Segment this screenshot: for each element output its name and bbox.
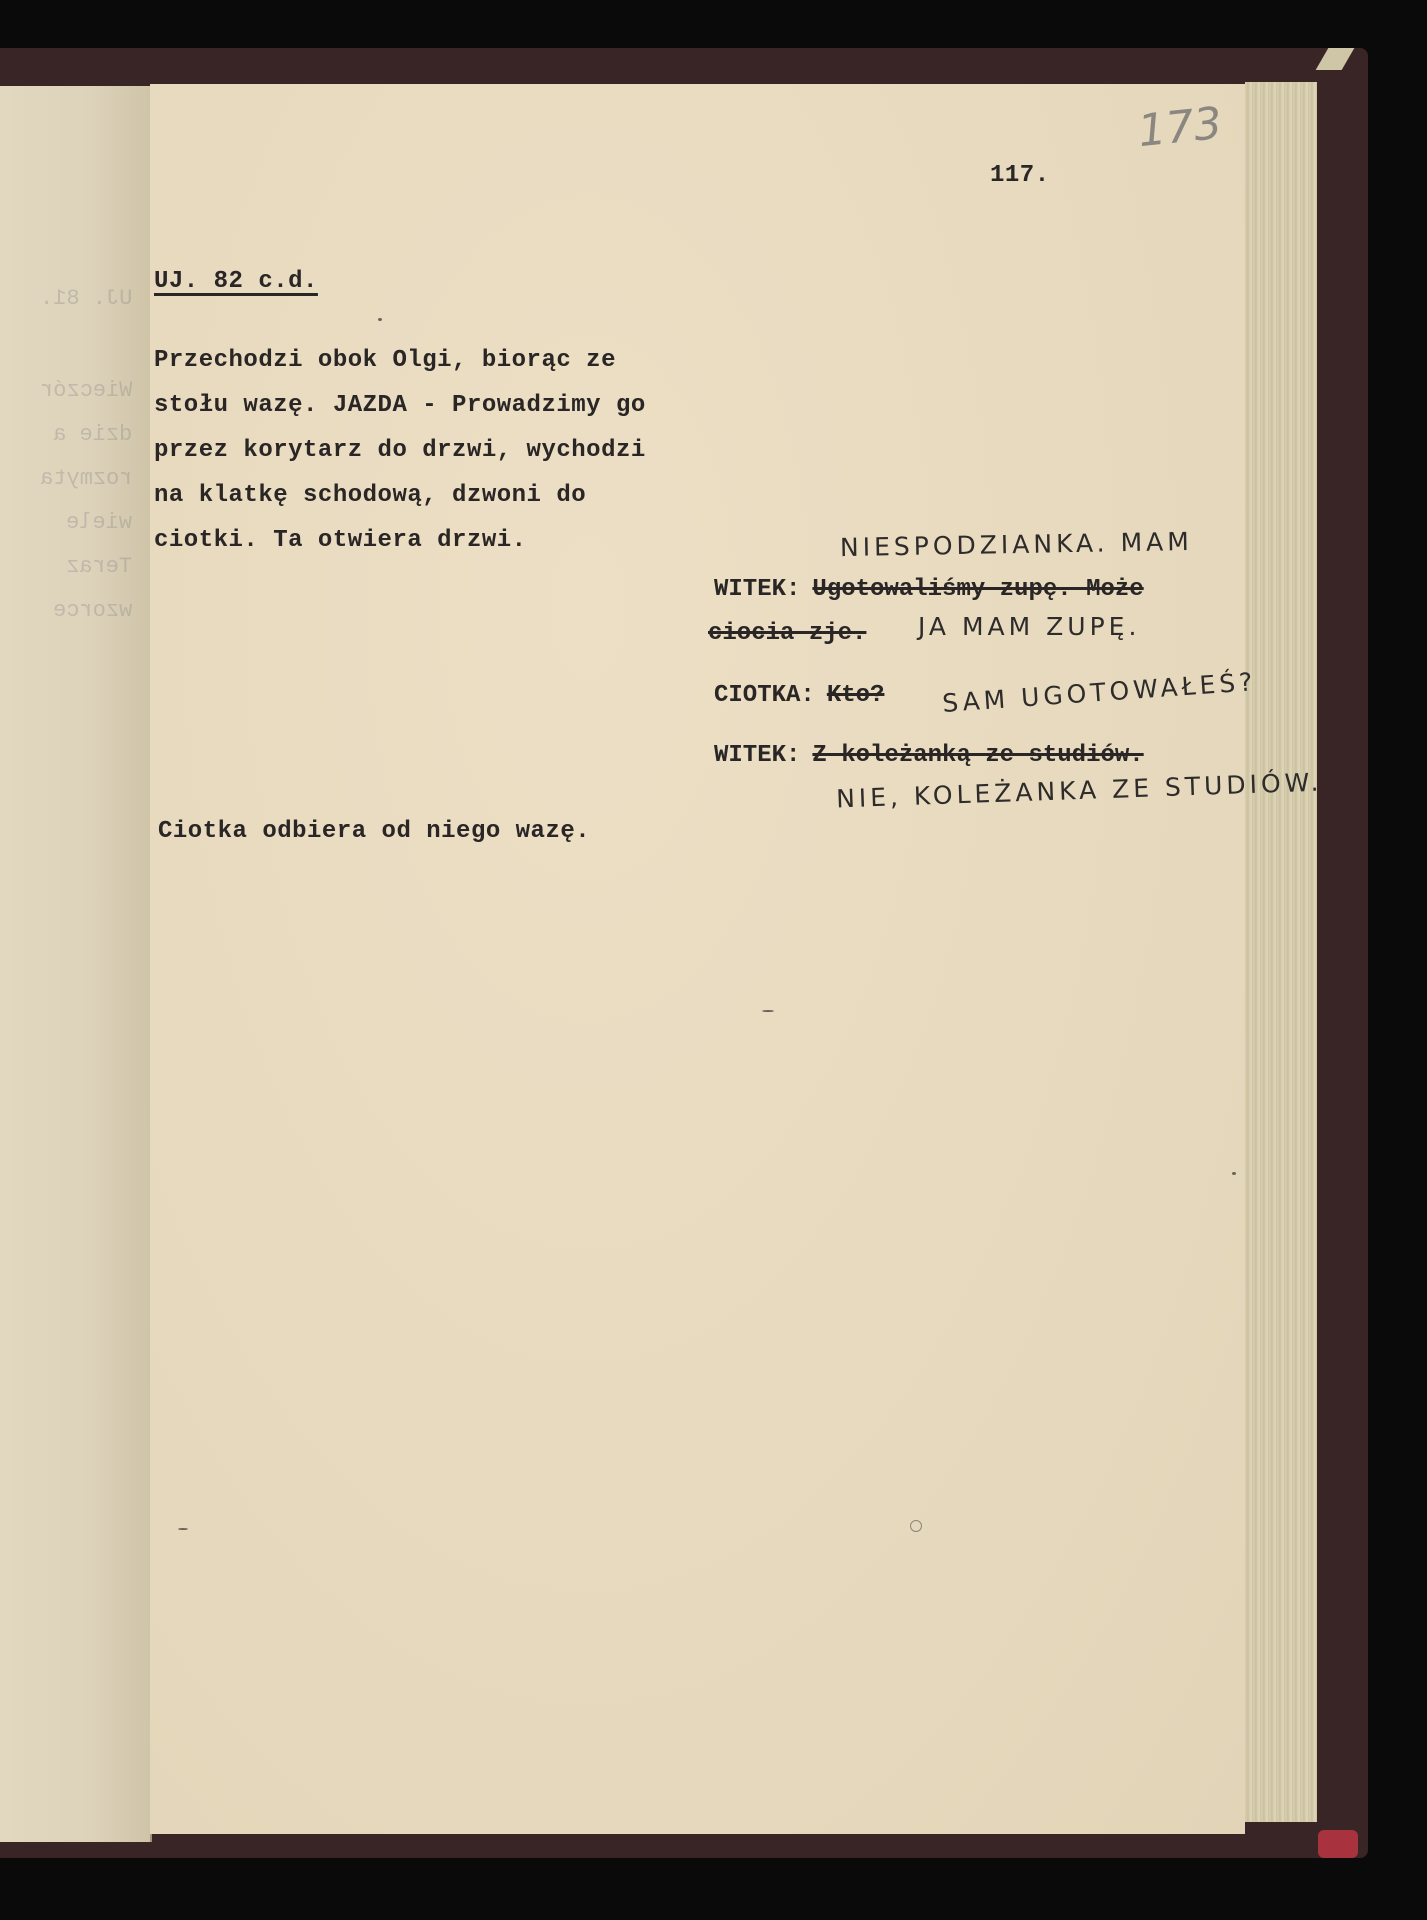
dialogue-line-ciotka: CIOTKA:Kto? xyxy=(714,682,884,709)
document-page: 173 117. UJ. 82 c.d. Przechodzi obok Olg… xyxy=(150,84,1245,1834)
stage-direction: Ciotka odbiera od niego wazę. xyxy=(158,818,590,845)
dialogue-continuation: ciocia zje. xyxy=(708,620,866,647)
page-edges xyxy=(1245,82,1317,1822)
handwritten-annotation: SAM UGOTOWAŁEŚ? xyxy=(941,667,1257,718)
paper-speck xyxy=(178,1528,188,1530)
left-page: UJ. 81. Wieczór dzie a rozmyta wiele Ter… xyxy=(0,86,152,1842)
scene-heading: UJ. 82 c.d. xyxy=(154,268,318,295)
handwritten-annotation: JA MAM ZUPĘ. xyxy=(918,612,1140,641)
speaker-name: WITEK: xyxy=(714,742,800,769)
ghost-text-line: rozmyta xyxy=(40,466,132,491)
ghost-text-line: wzorce xyxy=(53,598,132,623)
page-number: 117. xyxy=(990,162,1050,189)
paper-speck xyxy=(762,1010,774,1012)
ghost-text-line: Teraz xyxy=(66,554,132,579)
paragraph-line: przez korytarz do drzwi, wychodzi xyxy=(154,428,674,473)
speaker-name: CIOTKA: xyxy=(714,682,815,709)
paragraph-line: ciotki. Ta otwiera drzwi. xyxy=(154,518,674,563)
paragraph-line: Przechodzi obok Olgi, biorąc ze xyxy=(154,338,674,383)
struck-text: Kto? xyxy=(827,682,885,709)
paper-speck xyxy=(910,1520,922,1532)
ghost-text-line: wiele xyxy=(66,510,132,535)
paper-speck xyxy=(378,318,382,321)
struck-text: Ugotowaliśmy zupę. Może xyxy=(812,576,1143,603)
cover-corner-bottom xyxy=(1318,1830,1358,1858)
ghost-text-line: dzie a xyxy=(53,422,132,447)
scene-paragraph: Przechodzi obok Olgi, biorąc ze stołu wa… xyxy=(154,338,674,563)
struck-text: ciocia zje. xyxy=(708,620,866,647)
dialogue-line-witek-2: WITEK:Z koleżanką ze studiów. xyxy=(714,742,1144,769)
paper-speck xyxy=(1232,1172,1236,1175)
archive-page-number: 173 xyxy=(1136,98,1225,157)
struck-text: Z koleżanką ze studiów. xyxy=(812,742,1143,769)
ghost-text-line: UJ. 81. xyxy=(40,286,132,311)
ghost-text-line: Wieczór xyxy=(40,378,132,403)
paragraph-line: stołu wazę. JAZDA - Prowadzimy go xyxy=(154,383,674,428)
paragraph-line: na klatkę schodową, dzwoni do xyxy=(154,473,674,518)
handwritten-annotation: NIESPODZIANKA. MAM xyxy=(840,527,1193,562)
speaker-name: WITEK: xyxy=(714,576,800,603)
dialogue-line-witek-1: WITEK:Ugotowaliśmy zupę. Może xyxy=(714,576,1144,603)
